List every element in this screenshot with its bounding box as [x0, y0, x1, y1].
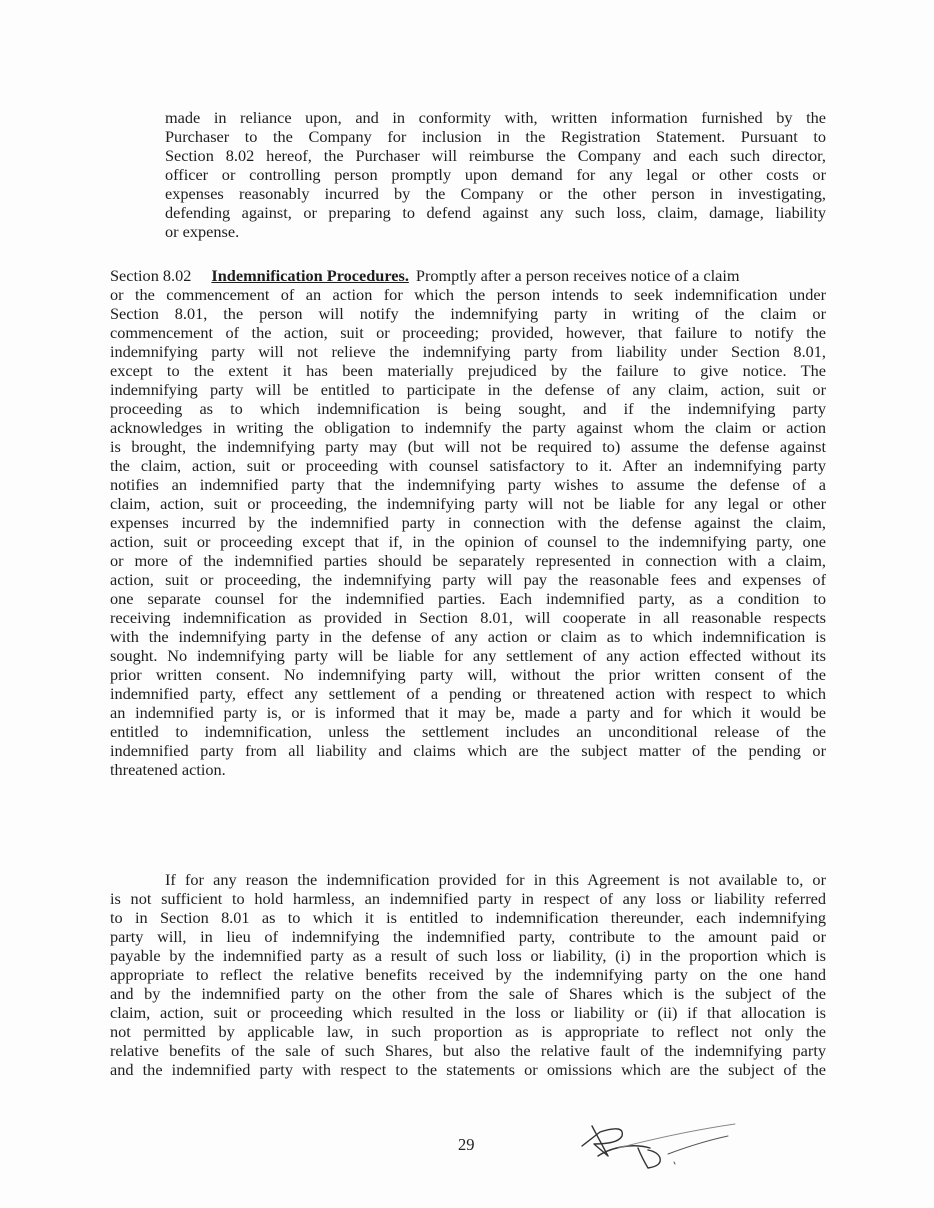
text-line: action, suit or proceeding, the indemnif… [110, 570, 826, 589]
text-line: one separate counsel for the indemnified… [110, 589, 826, 608]
text-line: receiving indemnification as provided in… [110, 608, 826, 627]
text-line: or expense. [165, 222, 826, 241]
text-line: to in Section 8.01 as to which it is ent… [110, 908, 826, 927]
text-line: notifies an indemnified party that the i… [110, 475, 826, 494]
text-line: expenses reasonably incurred by the Comp… [165, 184, 826, 203]
text-line: sought. No indemnifying party will be li… [110, 646, 826, 665]
section-first-line-text: Promptly after a person receives notice … [416, 266, 740, 285]
text-line: appropriate to reflect the relative bene… [110, 965, 826, 984]
section-first-line: Section 8.02Indemnification Procedures.P… [110, 266, 826, 285]
text-line: acknowledges in writing the obligation t… [110, 418, 826, 437]
text-line: is brought, the indemnifying party may (… [110, 437, 826, 456]
section-number: Section 8.02 [110, 266, 191, 285]
text-line: claim, action, suit or proceeding, the i… [110, 494, 826, 513]
text-line: proceeding as to which indemnification i… [110, 399, 826, 418]
section-heading: Indemnification Procedures. [211, 266, 408, 285]
document-page: made in reliance upon, and in conformity… [0, 0, 934, 1208]
text-line: Purchaser to the Company for inclusion i… [165, 127, 826, 146]
text-line: claim, action, suit or proceeding which … [110, 1003, 826, 1022]
text-line: not permitted by applicable law, in such… [110, 1022, 826, 1041]
text-line: threatened action. [110, 760, 826, 779]
signature-initials-icon [570, 1118, 740, 1178]
text-line: If for any reason the indemnification pr… [165, 870, 826, 889]
text-line: indemnified party from all liability and… [110, 741, 826, 760]
text-line: payable by the indemnified party as a re… [110, 946, 826, 965]
text-line: action, suit or proceeding except that i… [110, 532, 826, 551]
text-line: and the indemnified party with respect t… [110, 1060, 826, 1079]
text-line: or the commencement of an action for whi… [110, 285, 826, 304]
text-line: prior written consent. No indemnifying p… [110, 665, 826, 684]
text-line: an indemnified party is, or is informed … [110, 703, 826, 722]
text-line: indemnified party, effect any settlement… [110, 684, 826, 703]
text-line: or more of the indemnified parties shoul… [110, 551, 826, 570]
text-line: officer or controlling person promptly u… [165, 165, 826, 184]
text-line: commencement of the action, suit or proc… [110, 323, 826, 342]
text-line: indemnifying party will not relieve the … [110, 342, 826, 361]
text-line: and by the indemnified party on the othe… [110, 984, 826, 1003]
text-line: Section 8.02 hereof, the Purchaser will … [165, 146, 826, 165]
text-line: is not sufficient to hold harmless, an i… [110, 889, 826, 908]
text-line: expenses incurred by the indemnified par… [110, 513, 826, 532]
text-line: Section 8.01, the person will notify the… [110, 304, 826, 323]
text-line: indemnifying party will be entitled to p… [110, 380, 826, 399]
page-number: 29 [458, 1135, 475, 1155]
text-line: entitled to indemnification, unless the … [110, 722, 826, 741]
text-line: defending against, or preparing to defen… [165, 203, 826, 222]
text-line: relative benefits of the sale of such Sh… [110, 1041, 826, 1060]
text-line: made in reliance upon, and in conformity… [165, 108, 826, 127]
text-line: with the indemnifying party in the defen… [110, 627, 826, 646]
text-line: party will, in lieu of indemnifying the … [110, 927, 826, 946]
text-line: except to the extent it has been materia… [110, 361, 826, 380]
text-line: the claim, action, suit or proceeding wi… [110, 456, 826, 475]
